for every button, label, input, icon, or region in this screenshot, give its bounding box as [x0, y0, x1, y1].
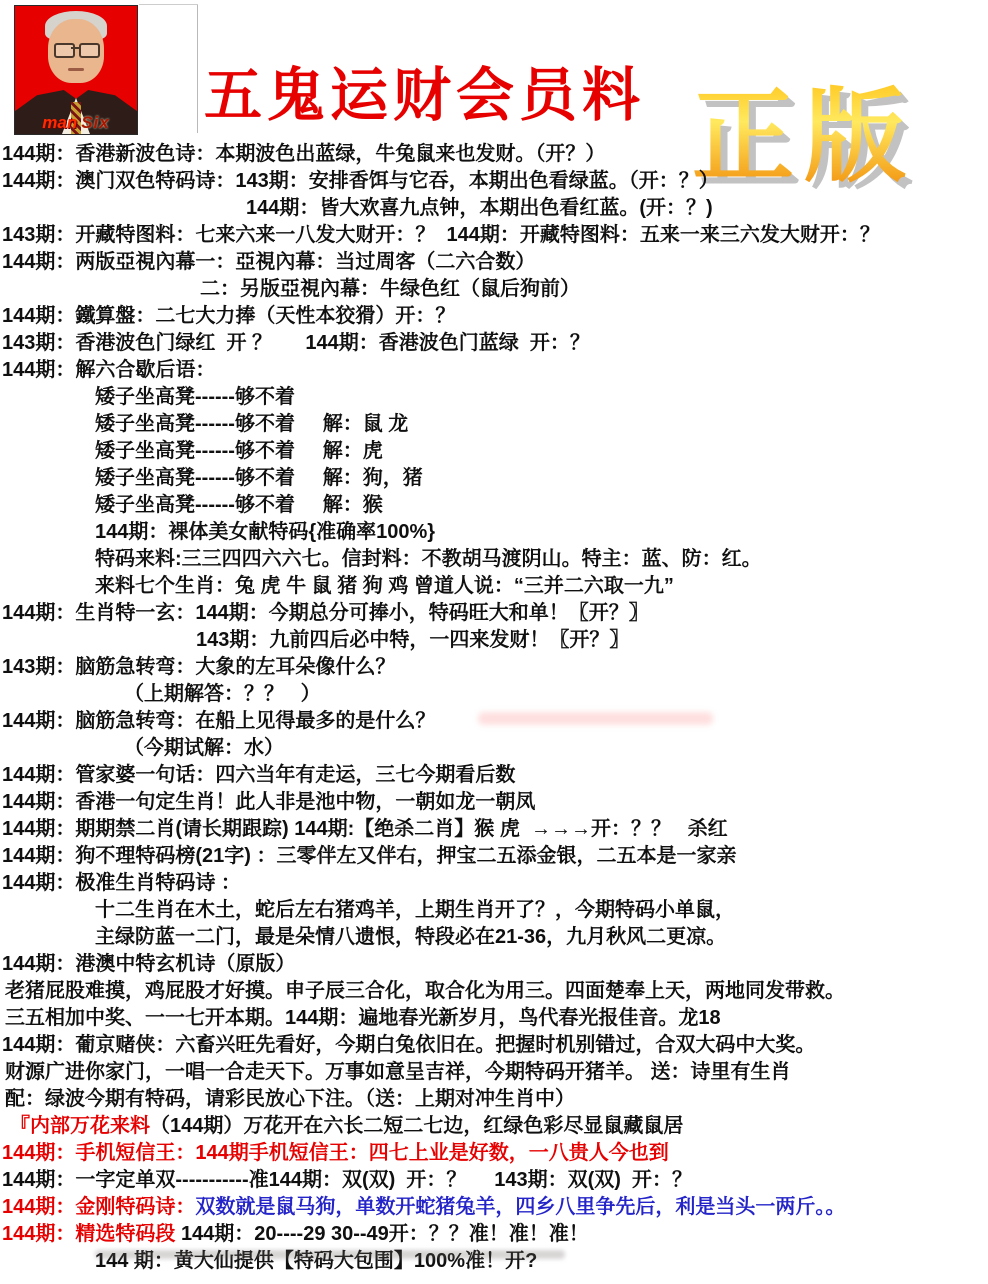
text-line: 144期：一字定单双-----------准144期：双(双) 开：？ 143期…: [0, 1167, 988, 1194]
text-segment: 144期：期期禁二肖(请长期跟踪) 144期:【绝杀二肖】猴 虎 →→→开：？？…: [2, 818, 728, 840]
text-line: 143期：脑筋急转弯：大象的左耳朵像什么？: [0, 654, 988, 681]
photo-logo: manSix: [15, 113, 137, 133]
text-line: 144期：管家婆一句话：四六当年有走运，三七今期看后数: [0, 762, 988, 789]
text-segment: （144期）万花开在六长二短二七边，红绿色彩尽显鼠藏鼠居: [150, 1115, 683, 1137]
text-line: 144期：手机短信王：144期手机短信王：四七上业是好数，一八贵人今也到: [0, 1140, 988, 1167]
text-line: 144期：期期禁二肖(请长期跟踪) 144期:【绝杀二肖】猴 虎 →→→开：？？…: [0, 816, 988, 843]
text-line: 矮子坐高凳------够不着 解：狗，猪: [0, 465, 988, 492]
text-segment: 144期：裸体美女献特码{准确率100%}: [95, 521, 435, 543]
text-line: 144期：极准生肖特码诗 ：: [0, 870, 988, 897]
text-line: （上期解答：？？ ）: [0, 681, 988, 708]
text-segment: 143期：脑筋急转弯：大象的左耳朵像什么？: [2, 656, 395, 678]
text-segment: 144期：狗不理特码榜(21字) ：三零伴左又伴右，押宝二五添金银，二五本是一家…: [2, 845, 737, 867]
text-line: 143期：香港波色门绿红 开 ？ 144期：香港波色门蓝绿 开：？: [0, 330, 988, 357]
text-segment: 二：另版亞視內幕：牛绿色红（鼠后狗前）: [200, 278, 580, 300]
text-line: 『内部万花来料（144期）万花开在六长二短二七边，红绿色彩尽显鼠藏鼠居: [0, 1113, 988, 1140]
text-segment: 144期：澳门双色特码诗：143期：安排香饵与它吞，本期出色看绿蓝。（开：？）: [2, 170, 719, 192]
text-segment: 143期：香港波色门绿红 开 ？ 144期：香港波色门蓝绿 开：？: [2, 332, 590, 354]
photo-mouth: [68, 68, 84, 71]
text-segment: 144期：精选特码段: [2, 1223, 181, 1245]
glasses-icon: [79, 43, 100, 58]
text-line: 144期：港澳中特玄机诗（原版）: [0, 951, 988, 978]
text-line: 来料七个生肖：兔 虎 牛 鼠 猪 狗 鸡 曾道人说：“三并二六取一九”: [0, 573, 988, 600]
text-line: 144期：狗不理特码榜(21字) ：三零伴左又伴右，押宝二五添金银，二五本是一家…: [0, 843, 988, 870]
text-line: 144期：澳门双色特码诗：143期：安排香饵与它吞，本期出色看绿蓝。（开：？）: [0, 168, 988, 195]
text-line: 144期：葡京赌侠：六畜兴旺先看好，今期白兔依旧在。把握时机别错过，合双大码中大…: [0, 1032, 988, 1059]
text-segment: （上期解答：？？ ）: [124, 683, 321, 705]
text-line: 二：另版亞視內幕：牛绿色红（鼠后狗前）: [0, 276, 988, 303]
text-segment: 143期：九前四后必中特，一四来发财！〖开？〗: [196, 629, 629, 651]
text-segment: 144期：脑筋急转弯：在船上见得最多的是什么？: [2, 710, 435, 732]
text-line: 矮子坐高凳------够不着 解：猴: [0, 492, 988, 519]
text-line: 144期：裸体美女献特码{准确率100%}: [0, 519, 988, 546]
text-segment: 矮子坐高凳------够不着 解：鼠 龙: [95, 413, 408, 435]
text-segment: 144期：手机短信王：144期手机短信王：四七上业是好数，一八贵人今也到: [2, 1142, 669, 1164]
text-line: 144期：皆大欢喜九点钟，本期出色看红蓝。(开：？): [0, 195, 988, 222]
text-segment: 144期：两版亞視內幕一：亞視內幕：当过周客（二六合数）: [2, 251, 535, 273]
text-segment: 144期：香港一句定生肖！此人非是池中物，一朝如龙一朝凤: [2, 791, 535, 813]
text-segment: 144期：极准生肖特码诗 ：: [2, 872, 241, 894]
text-segment: （今期试解：水）: [124, 737, 284, 759]
text-line: 老猪屁股难摸，鸡屁股才好摸。申子辰三合化，取合化为用三。四面楚奉上天，两地同发带…: [0, 978, 988, 1005]
text-line: 矮子坐高凳------够不着: [0, 384, 988, 411]
text-segment: 主绿防蓝一二门，最是朵情八遗恨，特段必在21-36，九月秋风二更凉。: [95, 926, 726, 948]
photo-logo-man: man: [42, 113, 77, 132]
text-segment: 矮子坐高凳------够不着 解：虎: [95, 440, 383, 462]
text-line: 矮子坐高凳------够不着 解：鼠 龙: [0, 411, 988, 438]
text-segment: 144期：20----29 30--49开：？？准！准！准！: [181, 1223, 589, 1245]
text-segment: 财源广进你家门，一唱一合走天下。万事如意呈吉祥，今期特码开猪羊。 送：诗里有生肖: [5, 1061, 791, 1083]
text-segment: 144期：金刚特码诗：: [2, 1196, 195, 1218]
text-segment: 144期：解六合歇后语：: [2, 359, 215, 381]
text-segment: 144期：皆大欢喜九点钟，本期出色看红蓝。(开：？): [246, 197, 713, 219]
text-line: 财源广进你家门，一唱一合走天下。万事如意呈吉祥，今期特码开猪羊。 送：诗里有生肖: [0, 1059, 988, 1086]
text-line: 主绿防蓝一二门，最是朵情八遗恨，特段必在21-36，九月秋风二更凉。: [0, 924, 988, 951]
text-line: 144期：精选特码段 144期：20----29 30--49开：？？准！准！准…: [0, 1221, 988, 1248]
text-segment: 老猪屁股难摸，鸡屁股才好摸。申子辰三合化，取合化为用三。四面楚奉上天，两地同发带…: [5, 980, 845, 1002]
text-segment: 144期：香港新波色诗：本期波色出蓝绿，牛兔鼠来也发财。（开？）: [2, 143, 605, 165]
text-segment: 143期：开藏特图料：七来六来一八发大财开：？ 144期：开藏特图料：五来一来三…: [2, 224, 880, 246]
text-segment: 矮子坐高凳------够不着: [95, 386, 295, 408]
text-segment: 配：绿波今期有特码，请彩民放心下注。（送：上期对冲生肖中）: [5, 1088, 575, 1110]
text-line: 144期：香港一句定生肖！此人非是池中物，一朝如龙一朝凤: [0, 789, 988, 816]
text-segment: 144期：葡京赌侠：六畜兴旺先看好，今期白兔依旧在。把握时机别错过，合双大码中大…: [2, 1034, 815, 1056]
text-segment: 144期：生肖特一玄：144期：今期总分可捧小，特码旺大和单！〖开？〗: [2, 602, 649, 624]
text-segment: 矮子坐高凳------够不着 解：狗，猪: [95, 467, 423, 489]
text-segment: 144期：一字定单双-----------准144期：双(双) 开：？ 143期…: [2, 1169, 692, 1191]
text-segment: 双数就是鼠马狗，单数开蛇猪兔羊，四乡八里争先后，利是当头一两斤。。: [195, 1196, 845, 1218]
text-segment: 144期：管家婆一句话：四六当年有走运，三七今期看后数: [2, 764, 515, 786]
text-line: 144期：脑筋急转弯：在船上见得最多的是什么？: [0, 708, 988, 735]
glasses-bridge: [71, 47, 80, 49]
scan-tick-line: [139, 4, 198, 5]
text-line: 144期：解六合歇后语：: [0, 357, 988, 384]
glasses-icon: [54, 43, 75, 58]
text-line: （今期试解：水）: [0, 735, 988, 762]
scan-divider-line: [197, 4, 198, 133]
text-segment: 『内部万花来料: [10, 1115, 150, 1137]
content-lines: 144期：香港新波色诗：本期波色出蓝绿，牛兔鼠来也发财。（开？）144期：澳门双…: [0, 141, 988, 1275]
host-photo: manSix: [14, 5, 138, 135]
text-line: 144期：香港新波色诗：本期波色出蓝绿，牛兔鼠来也发财。（开？）: [0, 141, 988, 168]
text-segment: 来料七个生肖：兔 虎 牛 鼠 猪 狗 鸡 曾道人说：“三并二六取一九”: [95, 575, 674, 597]
text-line: 143期：开藏特图料：七来六来一八发大财开：？ 144期：开藏特图料：五来一来三…: [0, 222, 988, 249]
tip-sheet-page: manSix 五鬼运财会员料 正版 144期：香港新波色诗：本期波色出蓝绿，牛兔…: [0, 0, 988, 1284]
text-segment: 三五相加中奖、一一七开本期。144期：遍地春光新岁月，鸟代春光报佳音。龙18: [5, 1007, 721, 1029]
text-segment: 144期：鐵算盤：二七大力捧（天性本狡猾）开：？: [2, 305, 455, 327]
text-segment: 144期：港澳中特玄机诗（原版）: [2, 953, 295, 975]
text-line: 144期：生肖特一玄：144期：今期总分可捧小，特码旺大和单！〖开？〗: [0, 600, 988, 627]
text-segment: 144 期：黄大仙提供【特码大包围】100%准！开?: [95, 1250, 537, 1272]
text-line: 144期：金刚特码诗：双数就是鼠马狗，单数开蛇猪兔羊，四乡八里争先后，利是当头一…: [0, 1194, 988, 1221]
text-line: 144 期：黄大仙提供【特码大包围】100%准！开?: [0, 1248, 988, 1275]
text-line: 特码来料:三三四四六六七。信封料：不教胡马渡阴山。特主：蓝、防：红。: [0, 546, 988, 573]
text-segment: 特码来料:三三四四六六七。信封料：不教胡马渡阴山。特主：蓝、防：红。: [95, 548, 762, 570]
photo-logo-six: Six: [81, 113, 110, 132]
page-title: 五鬼运财会员料: [204, 48, 645, 132]
text-segment: 矮子坐高凳------够不着 解：猴: [95, 494, 383, 516]
text-line: 143期：九前四后必中特，一四来发财！〖开？〗: [0, 627, 988, 654]
text-line: 十二生肖在木土，蛇后左右猪鸡羊，上期生肖开了？，今期特码小单鼠，: [0, 897, 988, 924]
text-line: 配：绿波今期有特码，请彩民放心下注。（送：上期对冲生肖中）: [0, 1086, 988, 1113]
text-line: 144期：两版亞視內幕一：亞視內幕：当过周客（二六合数）: [0, 249, 988, 276]
text-segment: 十二生肖在木土，蛇后左右猪鸡羊，上期生肖开了？，今期特码小单鼠，: [95, 899, 735, 921]
text-line: 矮子坐高凳------够不着 解：虎: [0, 438, 988, 465]
text-line: 三五相加中奖、一一七开本期。144期：遍地春光新岁月，鸟代春光报佳音。龙18: [0, 1005, 988, 1032]
text-line: 144期：鐵算盤：二七大力捧（天性本狡猾）开：？: [0, 303, 988, 330]
